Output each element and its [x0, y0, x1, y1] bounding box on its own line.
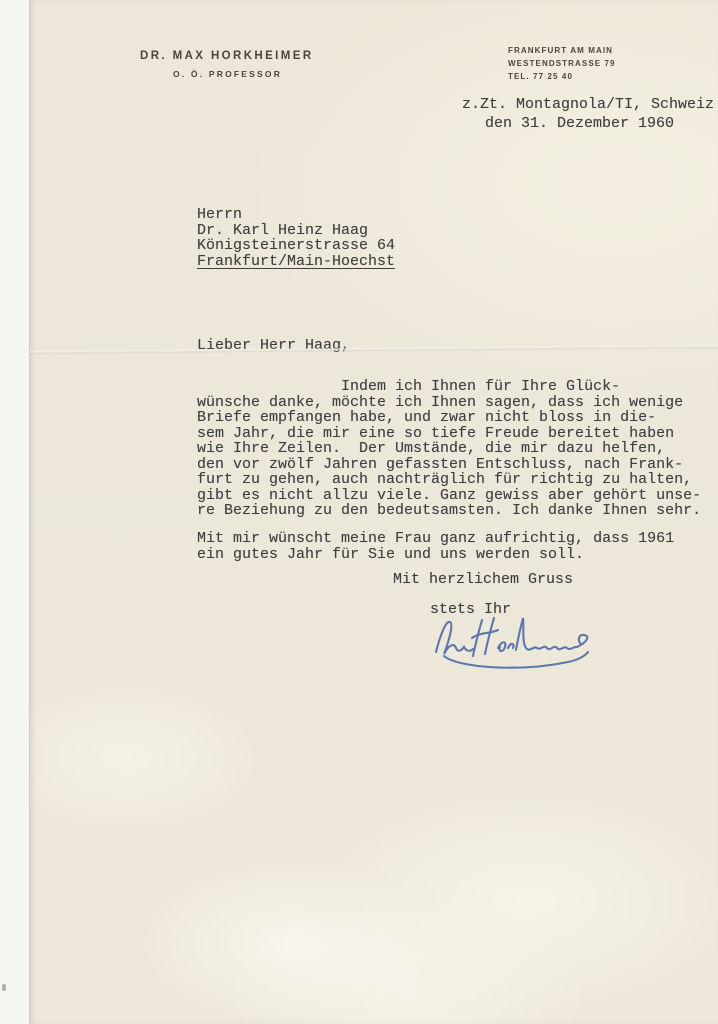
body-line: Briefe empfangen habe, und zwar nicht bl…: [197, 410, 701, 426]
letterhead-street: WESTENDSTRASSE 79: [508, 57, 616, 70]
letterhead-phone: TEL. 77 25 40: [508, 70, 616, 83]
valediction: Mit herzlichem Gruss: [393, 572, 573, 588]
dateline-date: den 31. Dezember 1960: [485, 116, 674, 132]
body-line: wünsche danke, möchte ich Ihnen sagen, d…: [197, 395, 701, 411]
body-paragraph-1: Indem ich Ihnen für Ihre Glück- wünsche …: [197, 379, 701, 519]
body-line: den vor zwölf Jahren gefassten Entschlus…: [197, 457, 701, 473]
recipient-line: Königsteinerstrasse 64: [197, 238, 395, 254]
recipient-line: Dr. Karl Heinz Haag: [197, 223, 395, 239]
letter-paper: DR. MAX HORKHEIMER O. Ö. PROFESSOR FRANK…: [30, 0, 718, 1024]
body-line: gibt es nicht allzu viele. Ganz gewiss a…: [197, 488, 701, 504]
body-line: sem Jahr, die mir eine so tiefe Freude b…: [197, 426, 701, 442]
dateline-place: z.Zt. Montagnola/TI, Schweiz: [462, 97, 714, 113]
signature-autograph: [428, 610, 600, 672]
letterhead-city: FRANKFURT AM MAIN: [508, 44, 616, 57]
body-line: ein gutes Jahr für Sie und uns werden so…: [197, 547, 674, 563]
fold-crease: [30, 345, 718, 354]
body-line: furt zu gehen, auch nachträglich für ric…: [197, 472, 701, 488]
body-paragraph-2: Mit mir wünscht meine Frau ganz aufricht…: [197, 531, 674, 562]
scan-artifact: [2, 984, 6, 991]
letterhead-sender-title: O. Ö. PROFESSOR: [173, 69, 282, 79]
body-line: re Beziehung zu den bedeutsamsten. Ich d…: [197, 503, 701, 519]
letterhead-sender-name: DR. MAX HORKHEIMER: [140, 50, 314, 62]
body-line: wie Ihre Zeilen. Der Umstände, die mir d…: [197, 441, 701, 457]
body-line: Mit mir wünscht meine Frau ganz aufricht…: [197, 531, 674, 547]
recipient-line: Herrn: [197, 207, 395, 223]
recipient-address-block: Herrn Dr. Karl Heinz Haag Königsteinerst…: [197, 207, 395, 269]
letterhead-address-block: FRANKFURT AM MAIN WESTENDSTRASSE 79 TEL.…: [508, 44, 616, 83]
scanned-letter: DR. MAX HORKHEIMER O. Ö. PROFESSOR FRANK…: [0, 0, 718, 1024]
body-line: Indem ich Ihnen für Ihre Glück-: [197, 379, 701, 395]
recipient-line: Frankfurt/Main-Hoechst: [197, 254, 395, 270]
